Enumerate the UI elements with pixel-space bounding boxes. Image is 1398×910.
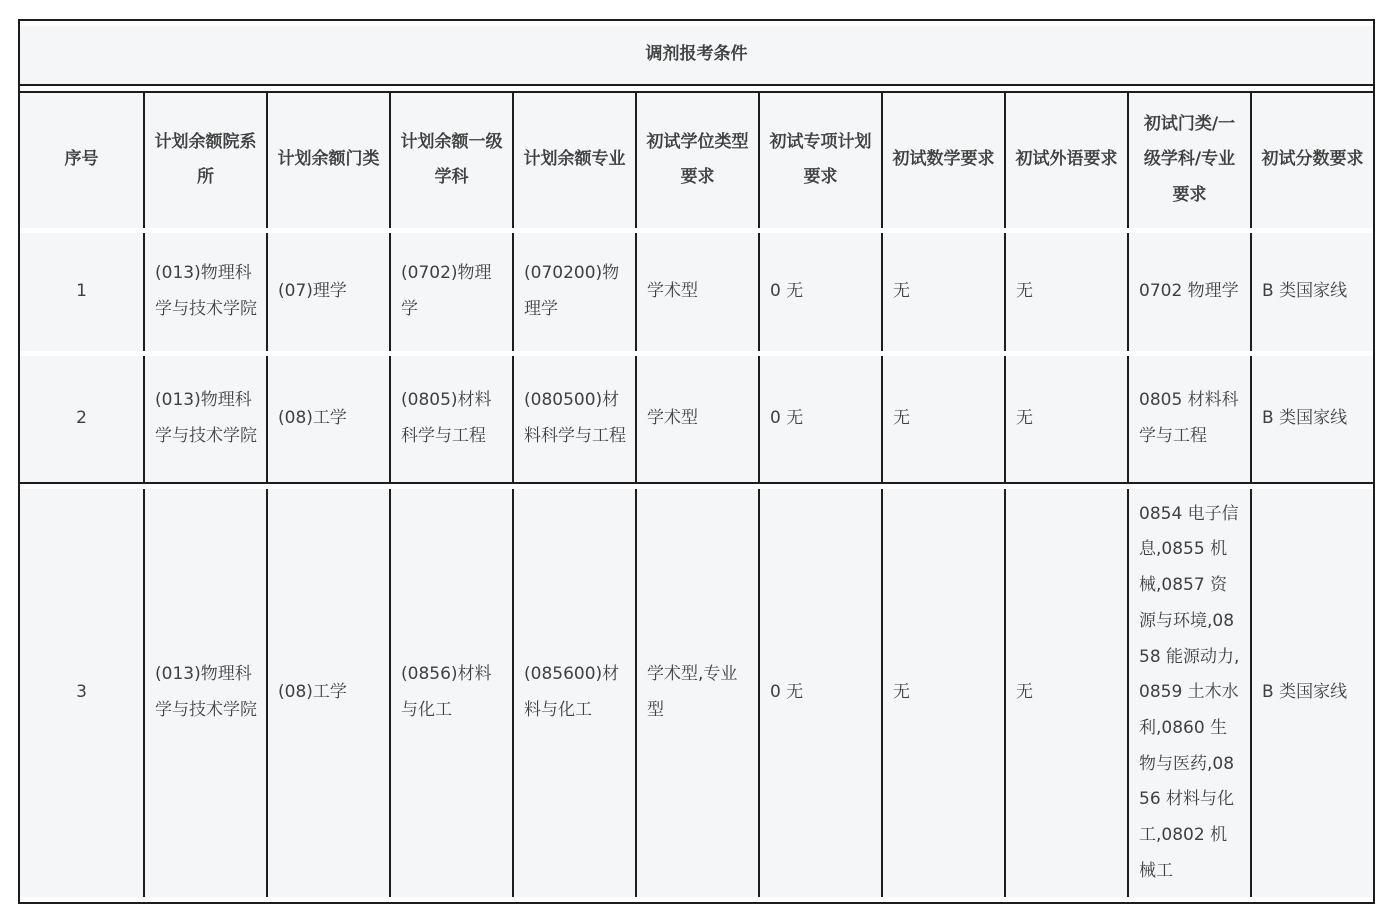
table-cell: 0 无 xyxy=(758,233,881,351)
table-cell: 0805 材料科学与工程 xyxy=(1127,356,1250,484)
table-row: 3 (013)物理科学与技术学院 (08)工学 (0856)材料与化工 (085… xyxy=(20,489,1373,898)
column-header-foreign-language-req: 初试外语要求 xyxy=(1004,91,1127,228)
column-header-dept: 计划余额院系所 xyxy=(143,91,266,228)
table-header-row: 序号 计划余额院系所 计划余额门类 计划余额一级学科 计划余额专业 初试学位类型… xyxy=(20,91,1373,228)
table-cell: (013)物理科学与技术学院 xyxy=(143,356,266,484)
adjustment-requirements-table: 调剂报考条件 序号 计划余额院系所 计划余额门类 计划余额一级学科 计划余额专业… xyxy=(18,19,1375,904)
table-cell: 无 xyxy=(1004,489,1127,898)
column-header-major: 计划余额专业 xyxy=(512,91,635,228)
table-cell: 学术型 xyxy=(635,356,758,484)
column-header-seq: 序号 xyxy=(20,91,143,228)
table-cell: (0702)物理学 xyxy=(389,233,512,351)
table-cell: B 类国家线 xyxy=(1250,356,1373,484)
table-cell: 无 xyxy=(881,489,1004,898)
table-cell: 无 xyxy=(881,233,1004,351)
table-cell: (013)物理科学与技术学院 xyxy=(143,233,266,351)
column-header-first-level-discipline: 计划余额一级学科 xyxy=(389,91,512,228)
table-cell: 无 xyxy=(1004,233,1127,351)
adjustment-requirements-section: 调剂报考条件 序号 计划余额院系所 计划余额门类 计划余额一级学科 计划余额专业… xyxy=(18,19,1375,904)
column-header-discipline-major-req: 初试门类/一级学科/专业要求 xyxy=(1127,91,1250,228)
table-cell: (0805)材料科学与工程 xyxy=(389,356,512,484)
table-cell: 0 无 xyxy=(758,489,881,898)
table-cell: 0854 电子信息,0855 机械,0857 资源与环境,0858 能源动力,0… xyxy=(1127,489,1250,898)
table-title-row: 调剂报考条件 xyxy=(20,26,1373,86)
column-header-special-plan-req: 初试专项计划要求 xyxy=(758,91,881,228)
table-cell: (08)工学 xyxy=(266,489,389,898)
table-title: 调剂报考条件 xyxy=(20,26,1373,86)
table-cell: 2 xyxy=(20,356,143,484)
table-cell: B 类国家线 xyxy=(1250,489,1373,898)
table-cell: 1 xyxy=(20,233,143,351)
table-cell: 无 xyxy=(1004,356,1127,484)
table-cell: (070200)物理学 xyxy=(512,233,635,351)
table-cell: (080500)材料科学与工程 xyxy=(512,356,635,484)
table-cell: 0702 物理学 xyxy=(1127,233,1250,351)
table-cell: (07)理学 xyxy=(266,233,389,351)
table-cell: 0 无 xyxy=(758,356,881,484)
column-header-category: 计划余额门类 xyxy=(266,91,389,228)
table-cell: (013)物理科学与技术学院 xyxy=(143,489,266,898)
table-cell: 学术型,专业型 xyxy=(635,489,758,898)
table-cell: (08)工学 xyxy=(266,356,389,484)
table-cell: 学术型 xyxy=(635,233,758,351)
column-header-degree-type-req: 初试学位类型要求 xyxy=(635,91,758,228)
table-cell: (085600)材料与化工 xyxy=(512,489,635,898)
table-cell: 无 xyxy=(881,356,1004,484)
column-header-score-req: 初试分数要求 xyxy=(1250,91,1373,228)
table-row: 1 (013)物理科学与技术学院 (07)理学 (0702)物理学 (07020… xyxy=(20,233,1373,351)
table-row: 2 (013)物理科学与技术学院 (08)工学 (0805)材料科学与工程 (0… xyxy=(20,356,1373,484)
table-cell: 3 xyxy=(20,489,143,898)
table-cell: B 类国家线 xyxy=(1250,233,1373,351)
table-cell: (0856)材料与化工 xyxy=(389,489,512,898)
column-header-math-req: 初试数学要求 xyxy=(881,91,1004,228)
